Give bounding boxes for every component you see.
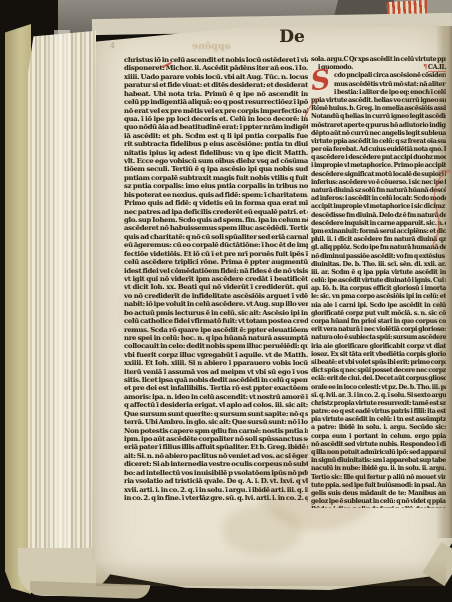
page-stain: [222, 505, 302, 555]
book-cover-edge: [5, 24, 31, 594]
prev-chapter-tail: sola. argu.: [311, 56, 343, 64]
text-column-right: sola. argu. C Qr xps ascēdit in celū vir…: [311, 56, 446, 508]
initial-flourish-icon: [303, 96, 321, 120]
page-bottom-shadow: [96, 560, 446, 586]
margin-flourish-icon: [428, 168, 452, 253]
column-row: sola. argu. C Qr xps ascēdit in celū vir…: [311, 56, 446, 64]
drop-cap-initial: S: [310, 67, 337, 97]
pilcrow-icon: ¶: [423, 64, 427, 71]
book-photo: appōne De 4 christus iō in celū ascendit…: [0, 0, 452, 602]
chapter-title-line1: C Qr xps ascēdit in celū virtute ppia:: [343, 56, 446, 64]
text-column-left: christus iō in celū ascendit et nobis lo…: [124, 56, 308, 506]
chapter-number: ¶ CA.II.: [423, 64, 446, 72]
folio-mark: 4: [109, 41, 115, 51]
bleed-through-text: appōne: [192, 41, 266, 52]
column-body: ppia virtute ascēdit. helias vo currū ig…: [311, 97, 446, 508]
chapter-label: CA.II.: [428, 64, 446, 72]
running-header: De: [260, 27, 324, 47]
page-stack-highlight: [54, 30, 70, 586]
